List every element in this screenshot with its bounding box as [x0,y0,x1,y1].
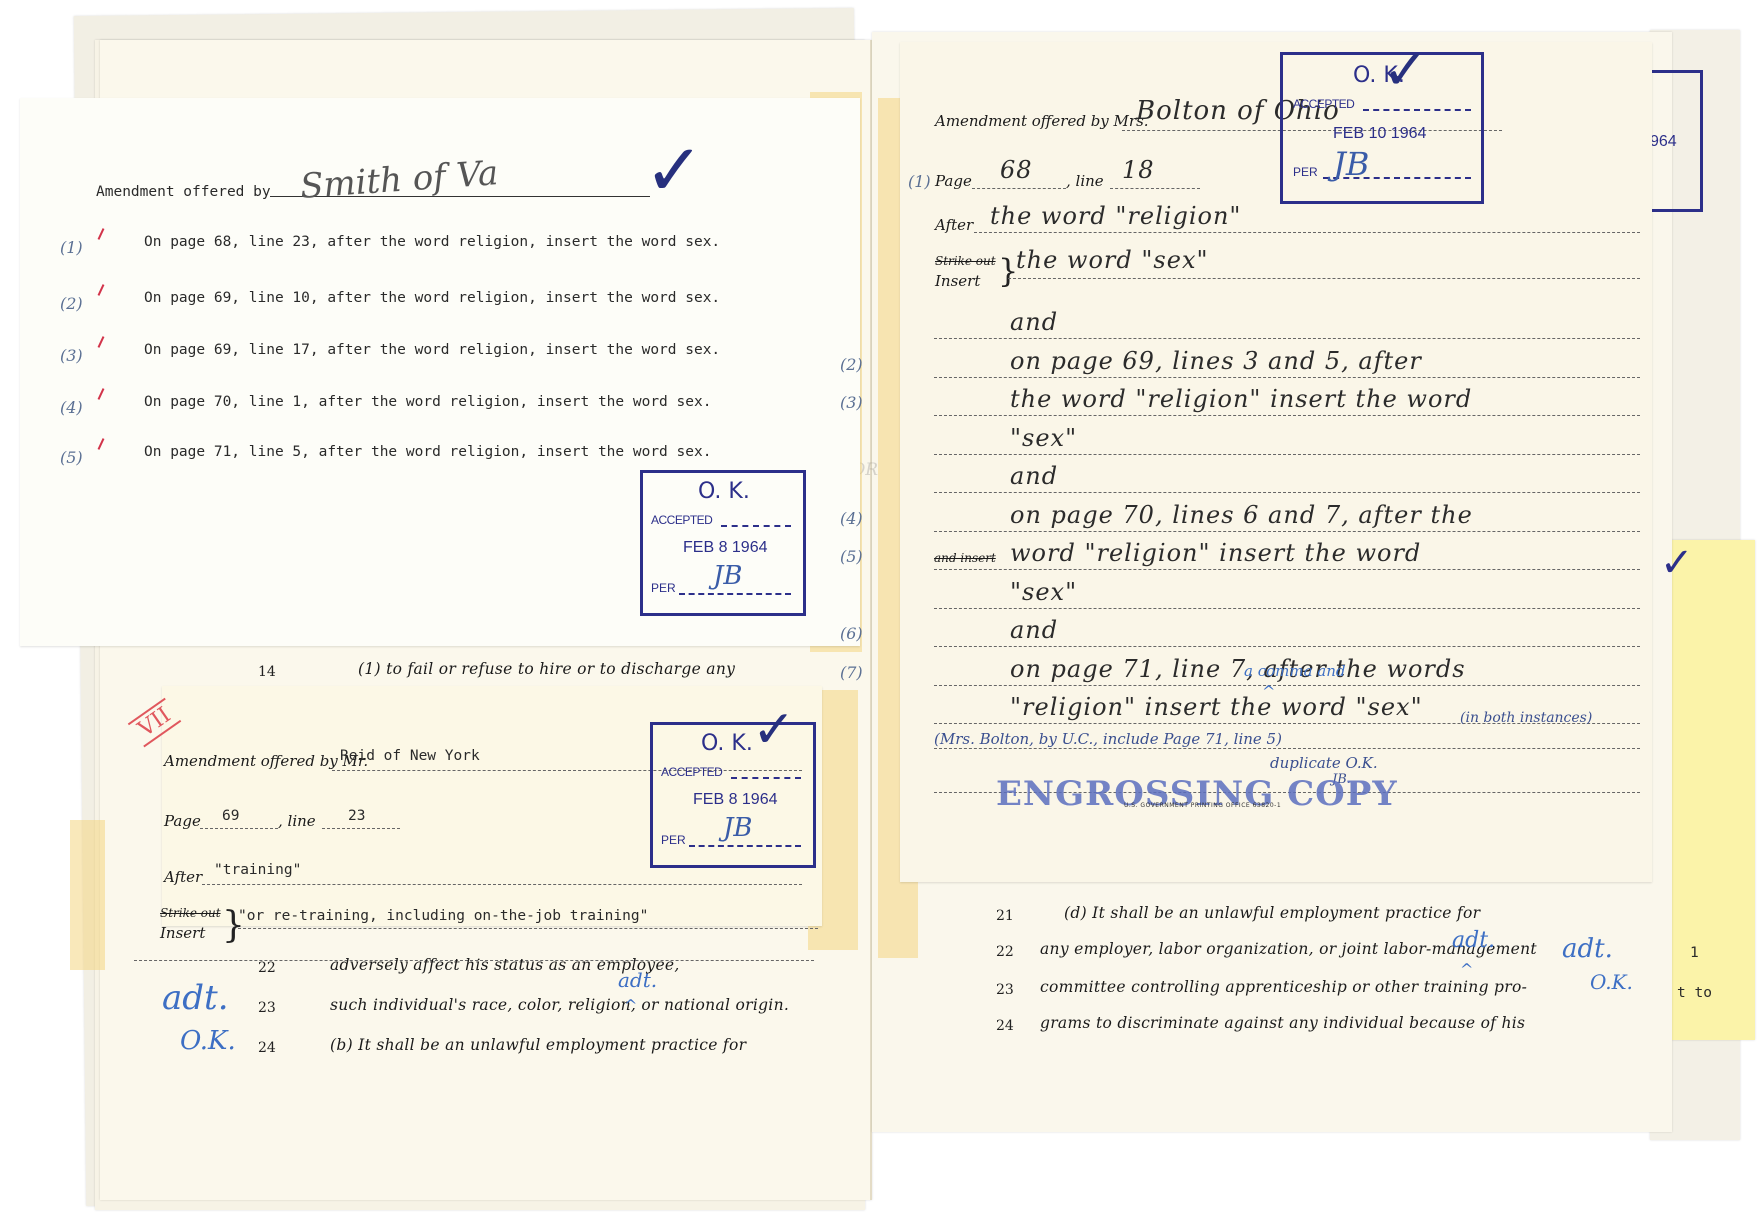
item-number: (2) [60,294,83,313]
bill-text-line: (d) It shall be an unlawful employment p… [1064,904,1480,922]
item-number: (4) [60,398,83,417]
initials-signature: JB [723,813,753,843]
handwritten-line: "sex" [1010,578,1077,606]
bill-text-line: (1) to fail or refuse to hire or to disc… [358,660,735,678]
line-number: 22 [996,944,1014,960]
item-number: (1) [60,238,83,257]
insert-value: "or re-training, including on-the-job tr… [238,908,648,924]
line-number: 24 [996,1018,1014,1034]
smith-amendment-slip: Amendment offered by Smith of Va ✓ (1)On… [20,98,860,646]
item-number: (5) [840,547,863,566]
gpo-imprint: U.S. GOVERNMENT PRINTING OFFICE 63820-1 [1124,802,1281,809]
item-number: (2) [840,355,863,374]
amendment-item: On page 71, line 5, after the word relig… [144,444,711,460]
handwritten-line: the word "religion" insert the word [1010,385,1472,413]
amendment-item: On page 68, line 23, after the word reli… [144,234,720,250]
handwritten-line: word "religion" insert the word [1010,539,1421,567]
bill-text-line: committee controlling apprenticeship or … [1040,978,1527,996]
item-number: (3) [60,346,83,365]
caret-insertion: a comma and [1244,662,1346,680]
line-number: 23 [258,1000,276,1016]
signature: Smith of Va [299,153,500,207]
initials-signature: JB [713,561,743,591]
amendment-item: On page 69, line 10, after the word reli… [144,290,720,306]
checkmark-icon: ✓ [1660,540,1694,586]
amendment-item: On page 69, line 17, after the word reli… [144,342,720,358]
yellow-attached-sheet [1660,540,1755,1040]
unanimous-consent-note: (Mrs. Bolton, by U.C., include Page 71, … [934,730,1282,748]
red-tick-mark [98,438,105,450]
line-number: 21 [996,908,1014,924]
margin-note-ok: O.K. [1590,970,1633,994]
tape [70,820,105,970]
item-number: (3) [840,393,863,412]
handwritten-line: and [1010,616,1058,644]
checkmark-icon: ✓ [752,700,796,760]
checkmark-icon: ✓ [1382,38,1429,103]
bill-text-line: (b) It shall be an unlawful employment p… [330,1036,746,1054]
amendment-item: On page 70, line 1, after the word relig… [144,394,711,410]
handwritten-line: on page 69, lines 3 and 5, after [1010,347,1422,375]
bill-text-line: such individual's race, color, religion,… [330,996,789,1014]
red-tick-mark [98,228,105,240]
line-number: 23 [996,982,1014,998]
item-number: (4) [840,509,863,528]
bill-text-line: grams to discriminate against any indivi… [1040,1014,1525,1032]
insert-note: adt. [1452,928,1495,953]
item-number: (6) [840,624,863,643]
line-number: 22 [258,960,276,976]
bolton-amendment-slip: Amendment offered by Mrs. Bolton of Ohio… [900,42,1652,882]
red-tick-mark [98,336,105,348]
handwritten-line: and [1010,308,1058,336]
insert-label: Insert [160,924,205,942]
handwritten-line: on page 70, lines 6 and 7, after the [1010,501,1473,529]
offered-by-label: Amendment offered by [96,184,271,200]
margin-note-adopted: adt. [162,978,229,1018]
sponsor-name: Reid of New York [340,748,480,764]
red-tick-mark [98,388,105,400]
handwritten-line: on page 71, line 7, after the words [1010,655,1466,683]
strike-out-label: Strike out [160,906,221,920]
red-tick-mark [98,284,105,296]
struck-label: and insert [934,551,996,565]
insert-note: adt. [618,968,657,992]
handwritten-line: and [1010,462,1058,490]
handwritten-line: "religion" insert the word "sex" [1010,693,1423,721]
item-number: (5) [60,448,83,467]
checkmark-icon: ✓ [644,128,704,212]
handwritten-line: "sex" [1010,424,1077,452]
line-number: 24 [258,1040,276,1056]
partial-accepted-stamp: 964 [1648,70,1703,212]
margin-note-ok: O.K. [180,1026,236,1056]
accepted-stamp: O. K. ACCEPTED FEB 8 1964 PER JB [640,470,806,616]
item-number: (7) [840,663,863,682]
initials-signature: JB [1333,145,1369,183]
margin-note-adopted: adt. [1562,934,1613,964]
